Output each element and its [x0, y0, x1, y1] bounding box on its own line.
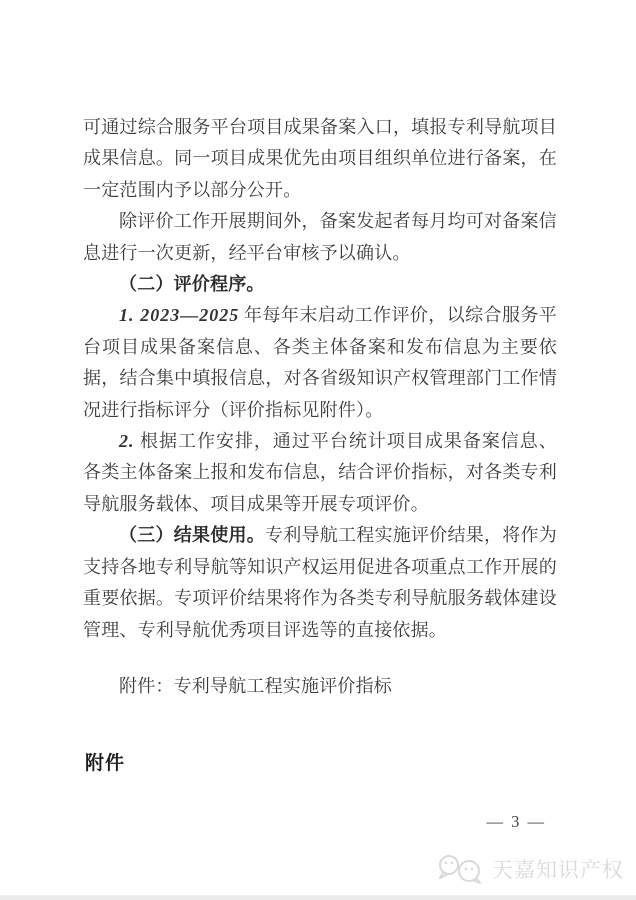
watermark: 天嘉知识产权	[436, 854, 624, 884]
paragraph: 1. 2023—2025 年每年末启动工作评价，以综合服务平台项目成果备案信息、…	[83, 300, 557, 426]
text-segment-num: 2.	[119, 431, 135, 451]
scan-edge-strip	[0, 895, 636, 900]
paragraph: （二）评价程序。	[83, 269, 557, 300]
text-segment-normal: 除评价工作开展期间外，备案发起者每月均可对备案信息进行一次更新，经平台审核予以确…	[83, 211, 557, 262]
paragraph: 除评价工作开展期间外，备案发起者每月均可对备案信息进行一次更新，经平台审核予以确…	[83, 206, 557, 269]
text-segment-normal: 可通过综合服务平台项目成果备案入口，填报专利导航项目成果信息。同一项目成果优先由…	[83, 117, 557, 200]
paragraph: 2. 根据工作安排，通过平台统计项目成果备案信息、各类主体备案上报和发布信息，结…	[83, 426, 557, 520]
document-page: 可通过综合服务平台项目成果备案入口，填报专利导航项目成果信息。同一项目成果优先由…	[0, 0, 636, 900]
attachment-reference-line: 附件：专利导航工程实施评价指标	[83, 671, 557, 702]
watermark-text: 天嘉知识产权	[492, 854, 624, 884]
paragraph: 可通过综合服务平台项目成果备案入口，填报专利导航项目成果信息。同一项目成果优先由…	[83, 112, 557, 206]
attachment-section-label: 附件	[85, 748, 125, 775]
text-segment-num: 1. 2023—2025	[119, 305, 239, 325]
paragraph: （三）结果使用。专利导航工程实施评价结果，将作为支持各地专利导航等知识产权运用促…	[83, 520, 557, 646]
text-segment-bold: （二）评价程序。	[119, 274, 265, 294]
page-number: — 3 —	[0, 812, 546, 832]
document-content: 可通过综合服务平台项目成果备案入口，填报专利导航项目成果信息。同一项目成果优先由…	[83, 112, 557, 702]
chat-bubbles-logo-icon	[436, 854, 488, 884]
text-segment-normal: 根据工作安排，通过平台统计项目成果备案信息、各类主体备案上报和发布信息，结合评价…	[83, 431, 557, 514]
text-segment-bold: （三）结果使用。	[119, 525, 265, 545]
